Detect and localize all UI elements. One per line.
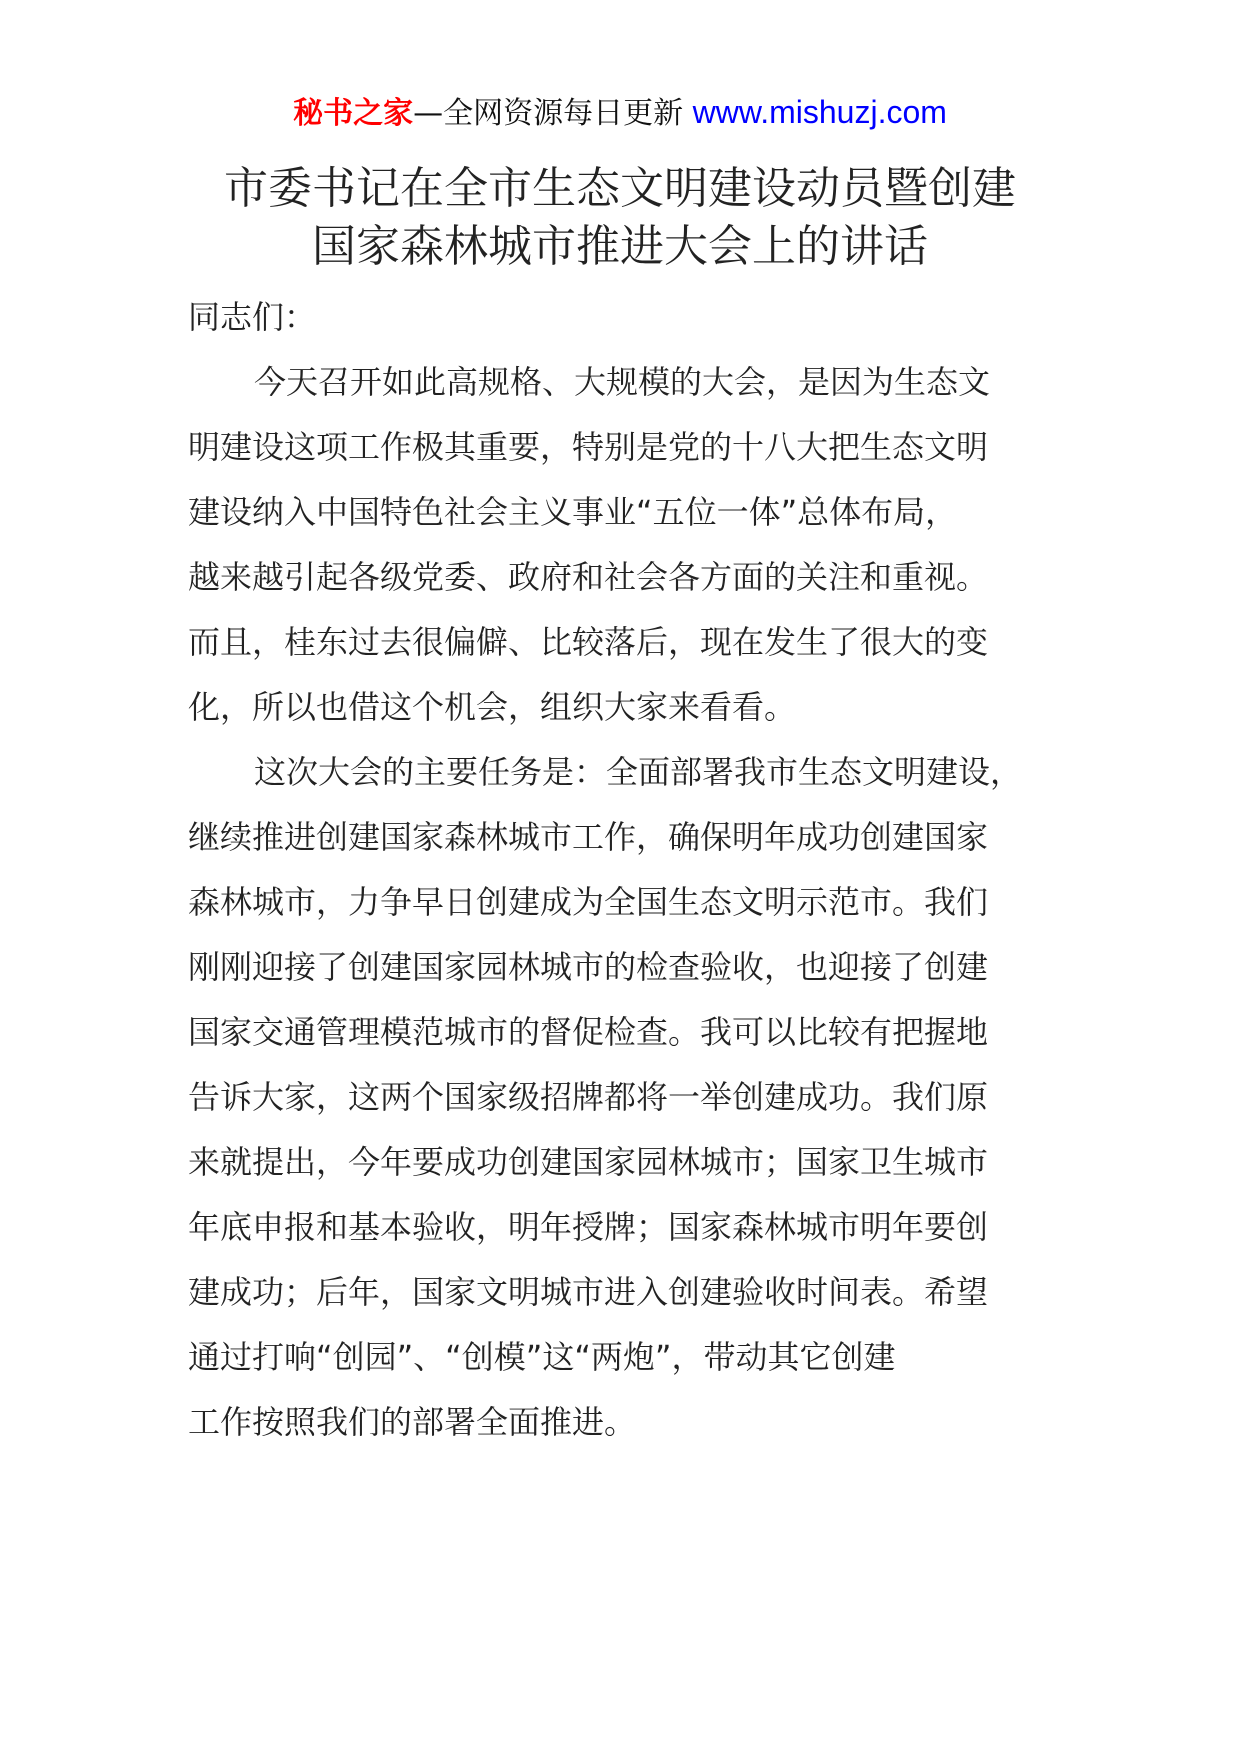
paragraph-line: 化，所以也借这个机会，组织大家来看看。 <box>188 675 1058 740</box>
paragraph-1: 今天召开如此高规格、大规模的大会，是因为生态文 明建设这项工作极其重要，特别是党… <box>188 350 1058 740</box>
title-line-2: 国家森林城市推进大会上的讲话 <box>0 218 1240 276</box>
paragraph-line: 来就提出，今年要成功创建国家园林城市；国家卫生城市 <box>188 1130 1058 1195</box>
paragraph-line: 工作按照我们的部署全面推进。 <box>188 1390 1058 1455</box>
paragraph-line: 通过打响“创园”、“创模”这“两炮”，带动其它创建 <box>188 1325 1058 1390</box>
paragraph-line: 而且，桂东过去很偏僻、比较落后，现在发生了很大的变 <box>188 610 1058 675</box>
paragraph-line: 年底申报和基本验收，明年授牌；国家森林城市明年要创 <box>188 1195 1058 1260</box>
paragraph-line: 继续推进创建国家森林城市工作，确保明年成功创建国家 <box>188 805 1058 870</box>
site-url-link[interactable]: www.mishuzj.com <box>693 94 947 130</box>
document-body: 同志们： 今天召开如此高规格、大规模的大会，是因为生态文 明建设这项工作极其重要… <box>188 285 1058 1455</box>
paragraph-line: 今天召开如此高规格、大规模的大会，是因为生态文 <box>188 350 1058 415</box>
document-page: 秘书之家—全网资源每日更新 www.mishuzj.com 市委书记在全市生态文… <box>0 0 1240 1754</box>
paragraph-line: 告诉大家，这两个国家级招牌都将一举创建成功。我们原 <box>188 1065 1058 1130</box>
paragraph-line: 建设纳入中国特色社会主义事业“五位一体”总体布局， <box>188 480 1058 545</box>
brand-name: 秘书之家 <box>293 96 413 131</box>
paragraph-2: 这次大会的主要任务是：全面部署我市生态文明建设， 继续推进创建国家森林城市工作，… <box>188 740 1058 1455</box>
paragraph-line: 明建设这项工作极其重要，特别是党的十八大把生态文明 <box>188 415 1058 480</box>
header-tagline: —全网资源每日更新 <box>413 96 683 131</box>
paragraph-line: 建成功；后年，国家文明城市进入创建验收时间表。希望 <box>188 1260 1058 1325</box>
paragraph-line: 森林城市，力争早日创建成为全国生态文明示范市。我们 <box>188 870 1058 935</box>
paragraph-line: 这次大会的主要任务是：全面部署我市生态文明建设， <box>188 740 1058 805</box>
site-header: 秘书之家—全网资源每日更新 www.mishuzj.com <box>0 92 1240 134</box>
paragraph-line: 国家交通管理模范城市的督促检查。我可以比较有把握地 <box>188 1000 1058 1065</box>
paragraph-line: 刚刚迎接了创建国家园林城市的检查验收，也迎接了创建 <box>188 935 1058 1000</box>
paragraph-line: 越来越引起各级党委、政府和社会各方面的关注和重视。 <box>188 545 1058 610</box>
title-line-1: 市委书记在全市生态文明建设动员暨创建 <box>0 160 1240 218</box>
document-title: 市委书记在全市生态文明建设动员暨创建 国家森林城市推进大会上的讲话 <box>0 160 1240 276</box>
salutation: 同志们： <box>188 285 1058 350</box>
